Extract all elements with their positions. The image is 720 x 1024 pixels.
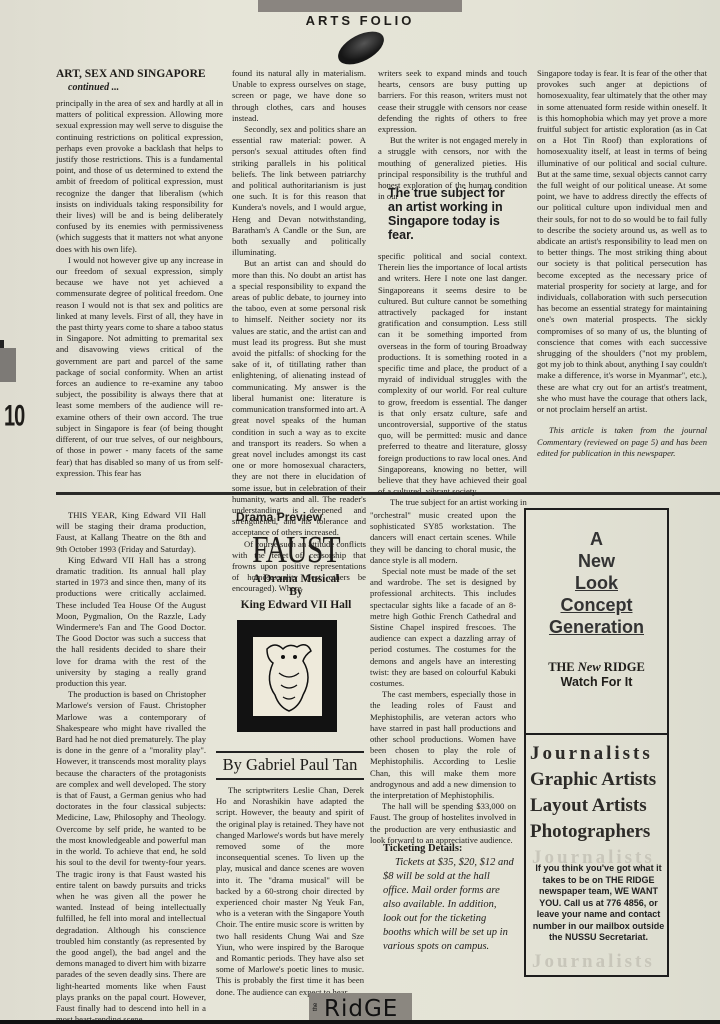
drama-column-1: THIS YEAR, King Edward VII Hall will be … bbox=[56, 510, 206, 1024]
article-paragraph: specific political and social context. T… bbox=[378, 251, 527, 497]
recruitment-ad: Journalists Graphic Artists Layout Artis… bbox=[526, 735, 667, 975]
role-graphic-artists: Graphic Artists bbox=[530, 767, 663, 793]
section-photo bbox=[333, 25, 389, 71]
drama-paragraph: King Edward VII Hall has a strong dramat… bbox=[56, 555, 206, 689]
drama-paragraph: Special note must be made of the set and… bbox=[370, 566, 516, 689]
ticketing-details: Tickets at $35, $20, $12 and $8 will be … bbox=[383, 856, 516, 954]
drama-paragraph: THIS YEAR, King Edward VII Hall will be … bbox=[56, 510, 206, 555]
section-title: ARTS FOLIO bbox=[300, 13, 420, 28]
article-headline: ART, SEX AND SINGAPORE bbox=[56, 68, 223, 81]
drama-column-2: The scriptwriters Leslie Chan, Derek Ho … bbox=[216, 785, 364, 998]
role-photographers: Photographers bbox=[530, 819, 663, 845]
article-paragraph: writers seek to expand minds and touch h… bbox=[378, 68, 527, 135]
drama-preview-label: Drama Preview bbox=[236, 510, 322, 524]
byline-rule-bottom bbox=[216, 778, 364, 780]
ghost-watermark: Journalists bbox=[532, 951, 655, 973]
drama-paragraph: "orchestral" music created upon the soph… bbox=[370, 510, 516, 566]
article-paragraph: principally in the area of sex and hardl… bbox=[56, 98, 223, 255]
faust-illustration bbox=[237, 620, 337, 732]
article-column-1: ART, SEX AND SINGAPORE continued ... pri… bbox=[56, 68, 223, 479]
ticketing-heading: Ticketing Details: bbox=[383, 843, 462, 854]
demon-figure-icon bbox=[253, 637, 322, 716]
faust-title: FAUST bbox=[243, 530, 349, 570]
drama-column-3: "orchestral" music created upon the soph… bbox=[370, 510, 516, 846]
article-subhead: continued ... bbox=[56, 81, 223, 94]
section-divider bbox=[56, 492, 720, 495]
header-bar bbox=[258, 0, 462, 12]
masthead-logo: RidGE bbox=[324, 996, 398, 1022]
article-column-4: Singapore today is fear. It is fear of t… bbox=[537, 68, 707, 459]
article-paragraph: Secondly, sex and politics share an esse… bbox=[232, 124, 366, 258]
byline-rule-top bbox=[216, 751, 364, 753]
article-column-3-bottom: specific political and social context. T… bbox=[378, 251, 527, 509]
role-layout-artists: Layout Artists bbox=[530, 793, 663, 819]
drama-paragraph: The scriptwriters Leslie Chan, Derek Ho … bbox=[216, 785, 364, 998]
article-paragraph: The true subject for an artist working i… bbox=[378, 497, 527, 508]
drama-paragraph: The hall will be spending $33,000 on Fau… bbox=[370, 801, 516, 846]
masthead-the: the bbox=[313, 1003, 319, 1011]
page-number: 10 bbox=[4, 400, 24, 435]
page-bottom-edge bbox=[0, 1020, 720, 1024]
drama-paragraph: The production is based on Christopher M… bbox=[56, 689, 206, 1024]
faust-subtitle: A Drama Musical By King Edward VII Hall bbox=[224, 573, 368, 612]
ridge-ad-box: A New Look Concept Generation THE New RI… bbox=[524, 508, 669, 977]
article-paragraph: Singapore today is fear. It is fear of t… bbox=[537, 68, 707, 415]
article-paragraph: found its natural ally in materialism. U… bbox=[232, 68, 366, 124]
newspaper-page: ARTS FOLIO 10 ART, SEX AND SINGAPORE con… bbox=[0, 0, 720, 1024]
byline: By Gabriel Paul Tan bbox=[216, 755, 364, 775]
pull-quote: The true subject for an artist working i… bbox=[388, 186, 518, 242]
article-column-3-top: writers seek to expand minds and touch h… bbox=[378, 68, 527, 202]
editor-note: This article is taken from the journal C… bbox=[537, 425, 707, 459]
role-journalists: Journalists bbox=[530, 741, 663, 767]
watch-for-it: Watch For It bbox=[526, 675, 667, 689]
drama-paragraph: The cast members, especially those in th… bbox=[370, 689, 516, 801]
new-look-ad: A New Look Concept Generation THE New RI… bbox=[526, 510, 667, 735]
new-ridge-line: THE New RIDGE bbox=[526, 660, 667, 675]
page-tab bbox=[0, 348, 16, 382]
recruitment-text: If you think you've got what it takes to… bbox=[530, 863, 667, 944]
article-paragraph: I would not however give up any increase… bbox=[56, 255, 223, 479]
article-paragraph: But an artist can and should do more tha… bbox=[232, 258, 366, 538]
